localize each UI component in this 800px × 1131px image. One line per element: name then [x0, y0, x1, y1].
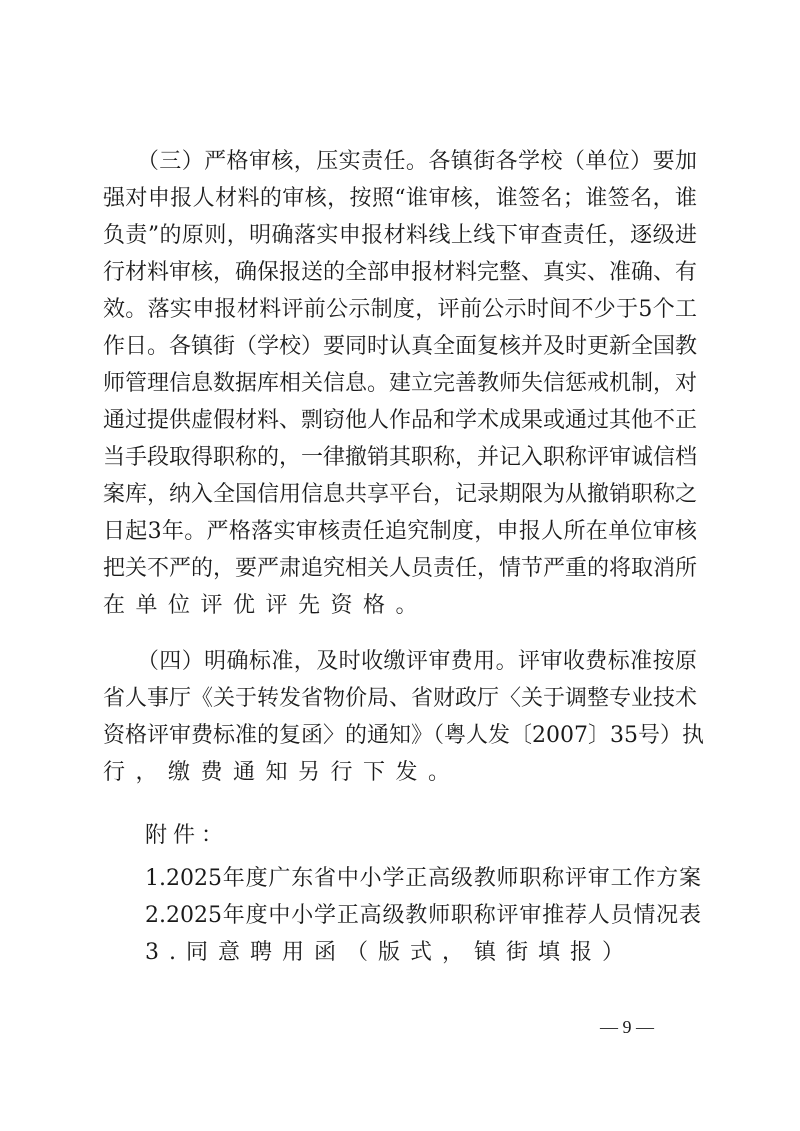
text-line: （四）明确标准，及时收缴评审费用。评审收费标准按原	[103, 647, 697, 677]
text-line: 行，缴费通知另行下发。	[103, 758, 697, 788]
attachment-item: 2.2025年度中小学正高级教师职称评审推荐人员情况表	[145, 901, 701, 931]
text-line: 行材料审核，确保报送的全部申报材料完整、真实、准确、有	[103, 258, 697, 288]
text-line: 通过提供虚假材料、剽窃他人作品和学术成果或通过其他不正	[103, 406, 697, 436]
text-line: 把关不严的，要严肃追究相关人员责任，情节严重的将取消所	[103, 554, 697, 584]
text-line: 日起3年。严格落实审核责任追究制度，申报人所在单位审核	[103, 517, 697, 547]
text-line: 资格评审费标准的复函〉的通知》（粤人发〔2007〕35号）执	[103, 721, 697, 751]
text-line: 作日。各镇街（学校）要同时认真全面复核并及时更新全国教	[103, 332, 697, 362]
attachment-item: 1.2025年度广东省中小学正高级教师职称评审工作方案	[145, 864, 701, 894]
attachment-item: 3.同意聘用函（版式，镇街填报）	[145, 938, 634, 968]
text-line: （三）严格审核，压实责任。各镇街各学校（单位）要加	[103, 147, 697, 177]
page-number: — 9 —	[600, 1014, 654, 1040]
text-line: 省人事厅《关于转发省物价局、省财政厅〈关于调整专业技术	[103, 684, 697, 714]
text-line: 在单位评优评先资格。	[103, 591, 697, 621]
document-page: （三）严格审核，压实责任。各镇街各学校（单位）要加 强对申报人材料的审核，按照“…	[0, 0, 800, 1131]
text-line: 效。落实申报材料评前公示制度，评前公示时间不少于5个工	[103, 295, 697, 325]
text-line: 师管理信息数据库相关信息。建立完善教师失信惩戒机制，对	[103, 369, 697, 399]
text-line: 案库，纳入全国信用信息共享平台，记录期限为从撤销职称之	[103, 480, 697, 510]
text-line: 当手段取得职称的，一律撤销其职称，并记入职称评审诚信档	[103, 443, 697, 473]
text-line: 强对申报人材料的审核，按照“谁审核，谁签名；谁签名，谁	[103, 184, 697, 214]
attachments-label: 附件：	[145, 821, 229, 851]
text-line: 负责”的原则，明确落实申报材料线上线下审查责任，逐级进	[103, 221, 697, 251]
